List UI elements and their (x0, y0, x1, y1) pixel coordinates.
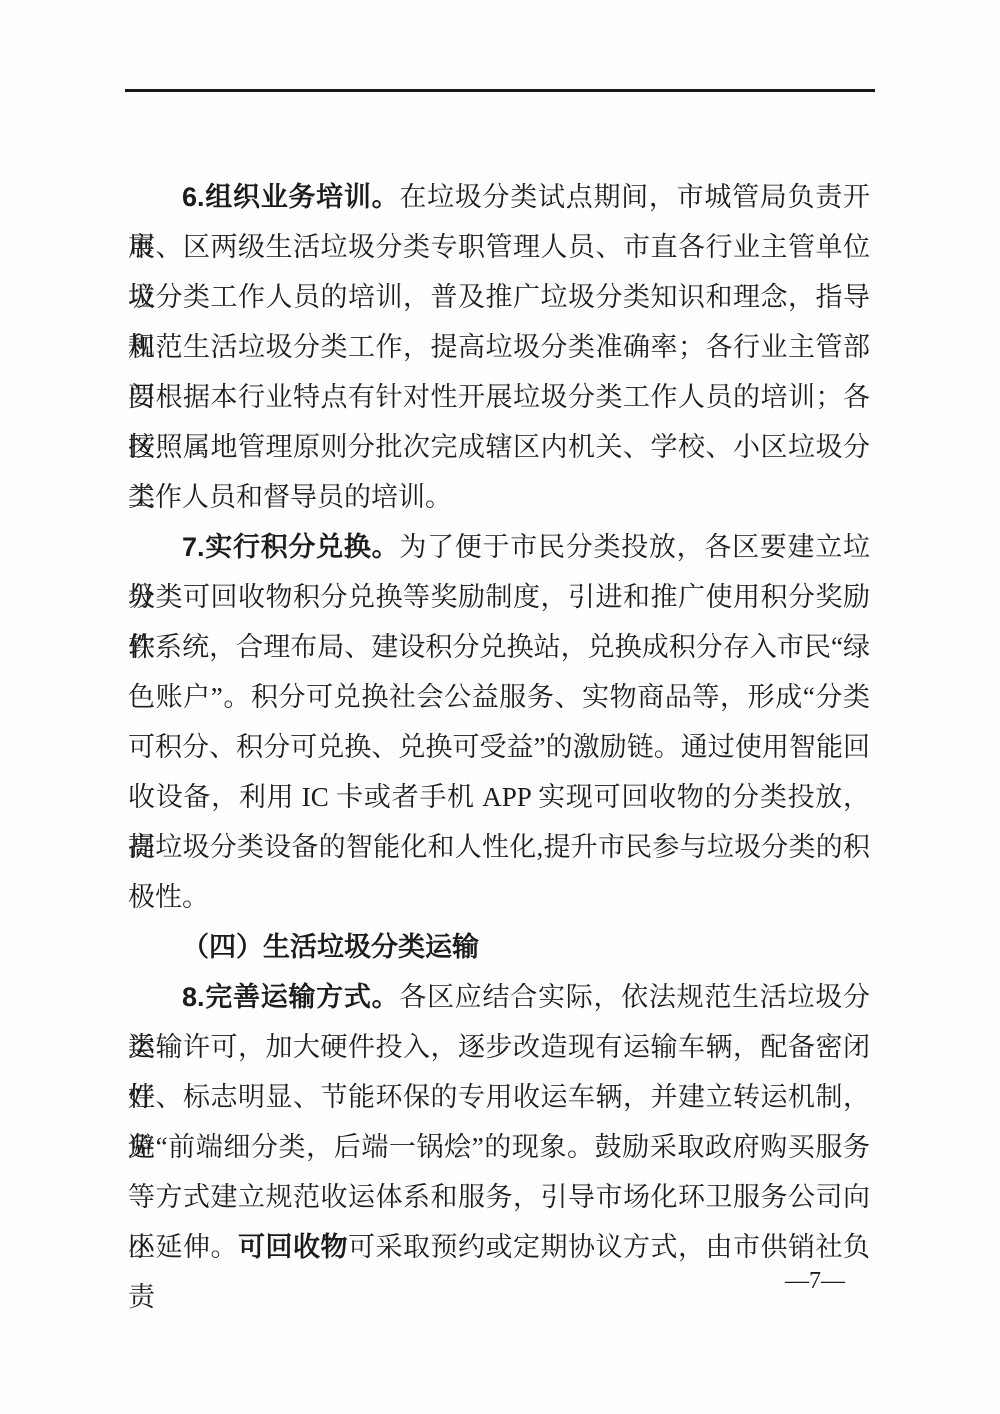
text-line: 8.完善运输方式。各区应结合实际，依法规范生活垃圾分类 (128, 972, 870, 1022)
text-line: 工作人员和督导员的培训。 (128, 472, 870, 522)
text-line: 高垃圾分类设备的智能化和人性化,提升市民参与垃圾分类的积 (128, 822, 870, 872)
bold-text-run: 6.组织业务培训。 (182, 182, 399, 212)
text-line: 6.组织业务培训。在垃圾分类试点期间，市城管局负责开展 (128, 172, 870, 222)
text-line: 免“前端细分类，后端一锅烩”的现象。鼓励采取政府购买服务 (128, 1122, 870, 1172)
text-run: 工作人员和督导员的培训。 (128, 482, 452, 512)
text-line: 规范生活垃圾分类工作，提高垃圾分类准确率；各行业主管部门 (128, 322, 870, 372)
text-run: 可积分、积分可兑换、兑换可受益”的激励链。通过使用智能回 (128, 732, 870, 762)
text-line: 分类可回收物积分兑换等奖励制度，引进和推广使用积分奖励软 (128, 572, 870, 622)
text-line: （四）生活垃圾分类运输 (128, 922, 870, 972)
header-rule (125, 89, 875, 92)
bold-text-run: 8.完善运输方式。 (182, 982, 399, 1012)
text-line: 运输许可，加大硬件投入，逐步改造现有运输车辆，配备密闭性 (128, 1022, 870, 1072)
section-heading-run: （四）生活垃圾分类运输 (182, 932, 479, 962)
document-page: 6.组织业务培训。在垃圾分类试点期间，市城管局负责开展市、区两级生活垃圾分类专职… (0, 0, 1000, 1414)
text-run: 免“前端细分类，后端一锅烩”的现象。鼓励采取政府购买服务 (128, 1132, 870, 1162)
text-run: 高垃圾分类设备的智能化和人性化,提升市民参与垃圾分类的积 (128, 832, 870, 862)
text-line: 市、区两级生活垃圾分类专职管理人员、市直各行业主管单位垃 (128, 222, 870, 272)
page-number: —7— (770, 1266, 860, 1296)
text-line: 等方式建立规范收运体系和服务，引导市场化环卫服务公司向小 (128, 1172, 870, 1222)
text-line: 好、标志明显、节能环保的专用收运车辆，并建立转运机制，避 (128, 1072, 870, 1122)
text-line: 要根据本行业特点有针对性开展垃圾分类工作人员的培训；各区 (128, 372, 870, 422)
text-line: 圾分类工作人员的培训，普及推广垃圾分类知识和理念，指导和 (128, 272, 870, 322)
text-line: 收设备，利用 IC 卡或者手机 APP 实现可回收物的分类投放，提 (128, 772, 870, 822)
bold-text-run: 可回收物 (238, 1232, 348, 1262)
text-line: 区延伸。可回收物可采取预约或定期协议方式，由市供销社负责 (128, 1222, 870, 1272)
text-line: 可积分、积分可兑换、兑换可受益”的激励链。通过使用智能回 (128, 722, 870, 772)
bold-text-run: 7.实行积分兑换。 (182, 532, 399, 562)
text-line: 件系统，合理布局、建设积分兑换站，兑换成积分存入市民“绿 (128, 622, 870, 672)
text-run: 区延伸。 (128, 1232, 238, 1262)
text-line: 按照属地管理原则分批次完成辖区内机关、学校、小区垃圾分类 (128, 422, 870, 472)
text-line: 极性。 (128, 872, 870, 922)
text-run: 极性。 (128, 882, 209, 912)
text-line: 色账户”。积分可兑换社会公益服务、实物商品等，形成“分类 (128, 672, 870, 722)
text-line: 7.实行积分兑换。为了便于市民分类投放，各区要建立垃圾 (128, 522, 870, 572)
text-run: 色账户”。积分可兑换社会公益服务、实物商品等，形成“分类 (128, 682, 870, 712)
text-run: 件系统，合理布局、建设积分兑换站，兑换成积分存入市民“绿 (128, 632, 870, 662)
document-body: 6.组织业务培训。在垃圾分类试点期间，市城管局负责开展市、区两级生活垃圾分类专职… (128, 172, 870, 1272)
